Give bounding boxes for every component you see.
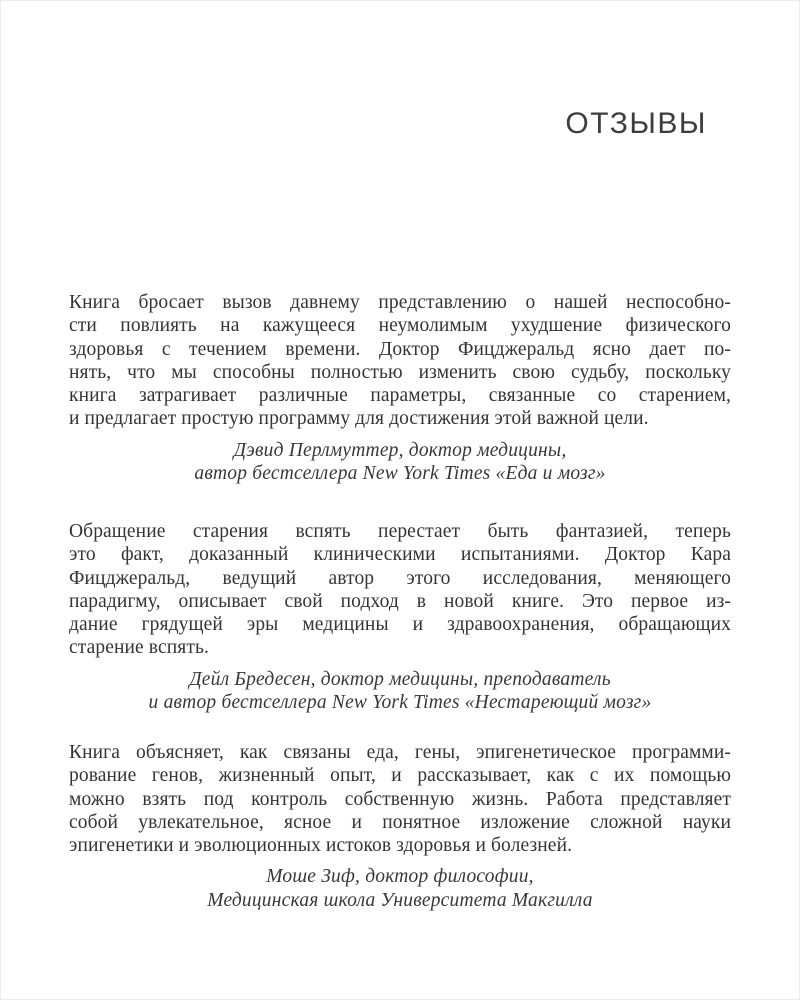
review-line: рование генов, жизненный опыт, и рассказ… (69, 764, 731, 787)
review-attribution-line: Дэвид Перлмуттер, доктор медицины, (69, 439, 731, 462)
review-attribution-line: автор бестселлера New York Times «Еда и … (69, 462, 731, 485)
review-attribution-line: Дейл Бредесен, доктор медицины, преподав… (69, 668, 731, 691)
book-page: ОТЗЫВЫ Книга бросает вызов давнему предс… (0, 0, 800, 1000)
review-line: нять, что мы способны полностью изменить… (69, 361, 731, 384)
review-line: Обращение старения вспять перестает быть… (69, 520, 731, 543)
review-attribution: Моше Зиф, доктор философии,Медицинская ш… (69, 865, 731, 912)
review-line: Фицджеральд, ведущий автор этого исследо… (69, 567, 731, 590)
review-paragraph: Книга бросает вызов давнему представлени… (69, 291, 731, 431)
review-paragraph: Книга объясняет, как связаны еда, гены, … (69, 741, 731, 857)
review-line: сти повлиять на кажущееся неумолимым уху… (69, 314, 731, 337)
review-line: Книга бросает вызов давнему представлени… (69, 291, 731, 314)
review-line: и предлагает простую программу для дости… (69, 407, 731, 430)
review-paragraph: Обращение старения вспять перестает быть… (69, 520, 731, 660)
review-line: книга затрагивает различные параметры, с… (69, 384, 731, 407)
review-attribution-line: и автор бестселлера New York Times «Нест… (69, 691, 731, 714)
review-attribution: Дейл Бредесен, доктор медицины, преподав… (69, 668, 731, 715)
review-line: здоровья с течением времени. Доктор Фицд… (69, 338, 731, 361)
review-line: парадигму, описывает свой подход в новой… (69, 590, 731, 613)
review-line: это факт, доказанный клиническими испыта… (69, 543, 731, 566)
review-line: собой увлекательное, ясное и понятное из… (69, 811, 731, 834)
review-block: Обращение старения вспять перестает быть… (69, 520, 731, 714)
review-attribution: Дэвид Перлмуттер, доктор медицины,автор … (69, 439, 731, 486)
review-line: эпигенетики и эволюционных истоков здоро… (69, 834, 731, 857)
review-line: дание грядущей эры медицины и здравоохра… (69, 613, 731, 636)
review-block: Книга объясняет, как связаны еда, гены, … (69, 741, 731, 912)
review-attribution-line: Медицинская школа Университета Макгилла (69, 889, 731, 912)
review-attribution-line: Моше Зиф, доктор философии, (69, 865, 731, 888)
review-line: Книга объясняет, как связаны еда, гены, … (69, 741, 731, 764)
reviews-section: Книга бросает вызов давнему представлени… (69, 1, 731, 912)
review-block: Книга бросает вызов давнему представлени… (69, 291, 731, 485)
review-line: старение вспять. (69, 636, 731, 659)
review-line: можно взять под контроль собственную жиз… (69, 788, 731, 811)
